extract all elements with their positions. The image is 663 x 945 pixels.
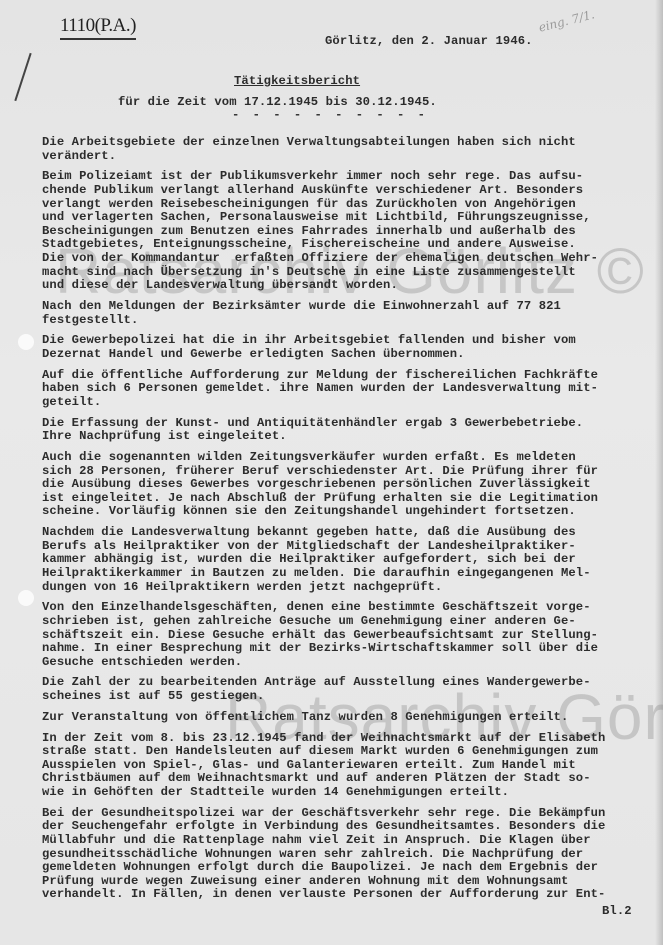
paragraph-healers: Nachdem die Landesverwaltung bekannt geg… <box>42 526 663 594</box>
paragraph-itinerant-trade: Die Zahl der zu bearbeitenden Anträge au… <box>42 676 663 703</box>
paragraph-fishery: Auf die öffentliche Aufforderung zur Mel… <box>42 369 663 410</box>
file-number-stamp: 1110(P.A.) <box>60 15 136 40</box>
pen-mark <box>14 53 31 101</box>
report-title: Tätigkeitsbericht <box>234 75 360 89</box>
paragraph-departments: Die Arbeitsgebiete der einzelnen Verwalt… <box>42 136 663 163</box>
paragraph-antiques: Die Erfassung der Kunst- und Antiquitäte… <box>42 417 663 444</box>
punch-hole <box>18 590 34 606</box>
page-reference: Bl.2 <box>602 905 632 919</box>
paragraph-retail-hours: Von den Einzelhandelsgeschäften, denen e… <box>42 601 663 669</box>
paragraph-police-office: Beim Polizeiamt ist der Publikumsverkehr… <box>42 170 663 292</box>
paragraph-christmas-market: In der Zeit vom 8. bis 23.12.1945 fand d… <box>42 732 663 800</box>
report-body: Die Arbeitsgebiete der einzelnen Verwalt… <box>42 136 663 909</box>
paragraph-trade-police: Die Gewerbepolizei hat die in ihr Arbeit… <box>42 334 663 361</box>
paragraph-population: Nach den Meldungen der Bezirksämter wurd… <box>42 300 663 327</box>
document-page: Ratsarchiv Görlitz © Ratsarchiv Görlitz … <box>0 0 663 945</box>
paragraph-dance-permits: Zur Veranstaltung von öffentlichem Tanz … <box>42 711 663 725</box>
place-date: Görlitz, den 2. Januar 1946. <box>325 35 533 49</box>
title-separator: - - - - - - - - - - <box>232 109 428 123</box>
paragraph-newspaper-sellers: Auch die sogenannten wilden Zeitungsverk… <box>42 451 663 519</box>
handwritten-receipt-note: eing. 7/1. <box>537 7 596 34</box>
punch-hole <box>18 334 34 350</box>
paragraph-health-police: Bei der Gesundheitspolizei war der Gesch… <box>42 807 663 902</box>
